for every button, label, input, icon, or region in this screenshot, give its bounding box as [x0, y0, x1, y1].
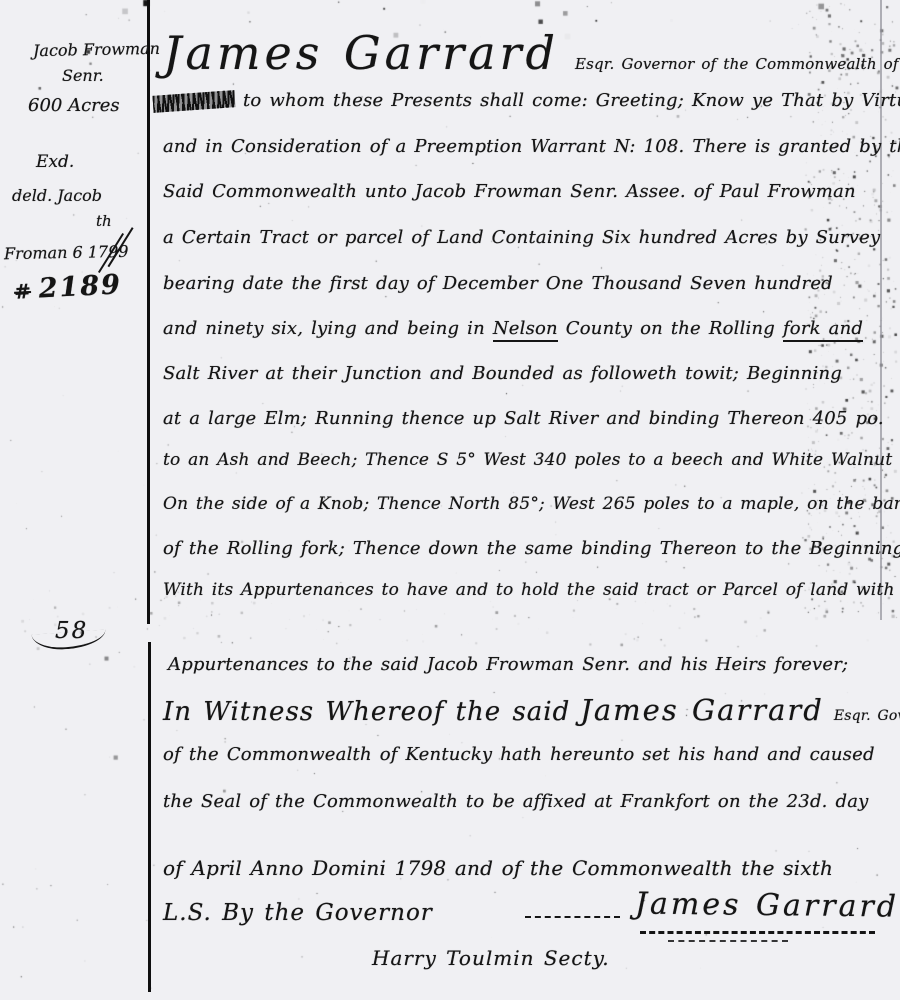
deed-line-18: of April Anno Domini 1798 and of the Com…: [163, 856, 833, 880]
margin-grantee-name: Jacob Frowman: [33, 39, 160, 60]
deed-line-1: James GarrardEsqr. Governor of the Commo…: [163, 26, 900, 80]
deed-line-3: and in Consideration of a Preemption War…: [163, 136, 900, 157]
signature-flourish-1: [640, 931, 875, 934]
hash-mark: #: [14, 279, 32, 304]
witness-tail: Esqr. Governor: [834, 708, 900, 724]
deed-line-6: bearing date the first day of December O…: [163, 273, 833, 294]
grant-number-value: 2189: [38, 269, 123, 304]
line7-mid: County on the Rolling: [566, 318, 775, 339]
line7-underlined-fork: fork and: [783, 318, 863, 342]
witness-governor-name: James Garrard: [580, 693, 824, 727]
grantor-title: Esqr. Governor of the Commonwealth of Ke…: [575, 55, 900, 73]
deed-line-7: and ninety six, lying and being in Nelso…: [163, 318, 863, 339]
margin-grantee-suffix: Senr.: [62, 66, 104, 85]
deed-line-4: Said Commonwealth unto Jacob Frowman Sen…: [163, 181, 856, 202]
margin-rule-lower: [148, 642, 151, 992]
margin-delivered-2: th: [96, 212, 112, 230]
deed-line-17: the Seal of the Commonwealth to be affix…: [163, 791, 869, 812]
deed-line-12: of the Rolling fork; Thence down the sam…: [163, 538, 900, 559]
margin-examined: Exd.: [36, 152, 74, 172]
deed-line-11: On the side of a Knob; Thence North 85°;…: [163, 494, 900, 514]
deed-line-8: Salt River at their Junction and Bounded…: [163, 363, 842, 384]
governor-signature: James Garrard: [635, 886, 899, 924]
document-page: Jacob Frowman Senr. 600 Acres Exd. deld.…: [0, 0, 900, 1000]
seal-dash-flourish: [525, 916, 620, 918]
line7-underlined-county: Nelson: [493, 318, 558, 342]
deed-line-13: With its Appurtenances to have and to ho…: [163, 580, 900, 600]
deed-line-5: a Certain Tract or parcel of Land Contai…: [163, 227, 880, 248]
seal-by-governor: L.S. By the Governor: [163, 900, 433, 926]
secretary-signature: Harry Toulmin Secty.: [372, 946, 610, 970]
margin-grant-number: #2189: [13, 269, 122, 306]
line7-lead: and ninety six, lying and being in: [163, 318, 485, 339]
deed-line-10: to an Ash and Beech; Thence S 5° West 34…: [163, 450, 892, 470]
witness-lead: In Witness Whereof the said: [163, 697, 570, 727]
margin-rule-upper: [147, 0, 150, 624]
signature-flourish-2: [668, 940, 788, 942]
deed-line-9: at a large Elm; Running thence up Salt R…: [163, 408, 884, 429]
deed-line-15-witness: In Witness Whereof the saidJames Garrard…: [163, 693, 900, 727]
deed-line-16: of the Commonwealth of Kentucky hath her…: [163, 744, 875, 765]
deed-line-2: to whom these Presents shall come: Greet…: [243, 90, 900, 111]
margin-delivered-1: deld. Jacob: [12, 186, 102, 205]
deed-line-14: Appurtenances to the said Jacob Frowman …: [168, 654, 848, 675]
grantor-name-display: James Garrard: [163, 26, 559, 80]
margin-acreage: 600 Acres: [28, 95, 120, 116]
